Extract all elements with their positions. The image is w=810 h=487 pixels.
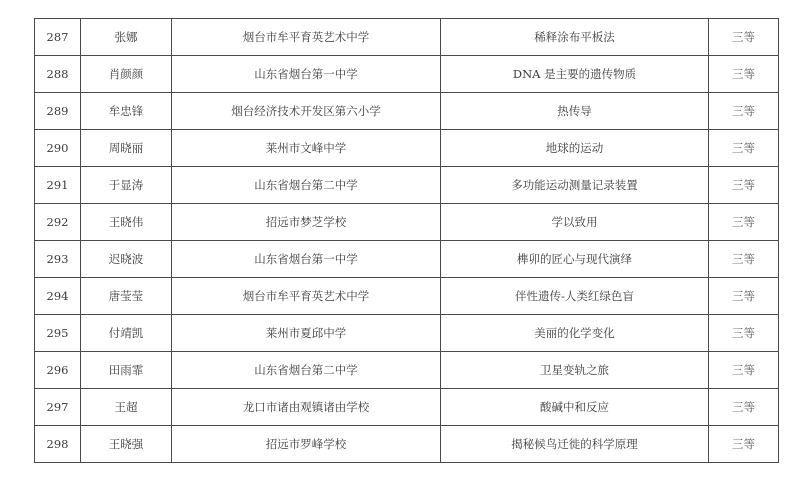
cell-award: 三等: [709, 426, 779, 463]
table-row: 292 王晓伟 招远市梦芝学校 学以致用 三等: [35, 204, 779, 241]
cell-number: 288: [35, 56, 81, 93]
table-row: 288 肖颜颜 山东省烟台第一中学 DNA 是主要的遗传物质 三等: [35, 56, 779, 93]
cell-title: 卫星变轨之旅: [441, 352, 709, 389]
cell-school: 烟台市牟平育英艺术中学: [172, 278, 441, 315]
cell-number: 295: [35, 315, 81, 352]
cell-number: 289: [35, 93, 81, 130]
cell-school: 莱州市夏邱中学: [172, 315, 441, 352]
table-row: 298 王晓强 招远市罗峰学校 揭秘候鸟迁徙的科学原理 三等: [35, 426, 779, 463]
cell-title: 地球的运动: [441, 130, 709, 167]
table-row: 296 田雨霏 山东省烟台第二中学 卫星变轨之旅 三等: [35, 352, 779, 389]
table-row: 289 牟忠锋 烟台经济技术开发区第六小学 热传导 三等: [35, 93, 779, 130]
cell-title: 稀释涂布平板法: [441, 19, 709, 56]
cell-name: 田雨霏: [81, 352, 172, 389]
table-row: 297 王超 龙口市诸由观镇诸由学校 酸碱中和反应 三等: [35, 389, 779, 426]
award-list-body: 287 张娜 烟台市牟平育英艺术中学 稀释涂布平板法 三等 288 肖颜颜 山东…: [35, 19, 779, 463]
cell-school: 山东省烟台第二中学: [172, 352, 441, 389]
cell-name: 王超: [81, 389, 172, 426]
cell-number: 290: [35, 130, 81, 167]
cell-award: 三等: [709, 204, 779, 241]
table-row: 287 张娜 烟台市牟平育英艺术中学 稀释涂布平板法 三等: [35, 19, 779, 56]
cell-number: 298: [35, 426, 81, 463]
table-row: 293 迟晓波 山东省烟台第一中学 榫卯的匠心与现代演绎 三等: [35, 241, 779, 278]
cell-award: 三等: [709, 130, 779, 167]
cell-title: 美丽的化学变化: [441, 315, 709, 352]
cell-title: 伴性遗传-人类红绿色盲: [441, 278, 709, 315]
cell-award: 三等: [709, 167, 779, 204]
cell-number: 294: [35, 278, 81, 315]
cell-award: 三等: [709, 389, 779, 426]
cell-number: 287: [35, 19, 81, 56]
cell-title: 榫卯的匠心与现代演绎: [441, 241, 709, 278]
cell-title: DNA 是主要的遗传物质: [441, 56, 709, 93]
table-row: 295 付靖凯 莱州市夏邱中学 美丽的化学变化 三等: [35, 315, 779, 352]
cell-title: 学以致用: [441, 204, 709, 241]
cell-title: 酸碱中和反应: [441, 389, 709, 426]
cell-name: 周晓丽: [81, 130, 172, 167]
cell-name: 唐莹莹: [81, 278, 172, 315]
cell-award: 三等: [709, 352, 779, 389]
table-row: 290 周晓丽 莱州市文峰中学 地球的运动 三等: [35, 130, 779, 167]
cell-number: 291: [35, 167, 81, 204]
cell-number: 297: [35, 389, 81, 426]
table-row: 291 于显涛 山东省烟台第二中学 多功能运动测量记录装置 三等: [35, 167, 779, 204]
cell-award: 三等: [709, 56, 779, 93]
cell-name: 付靖凯: [81, 315, 172, 352]
cell-school: 烟台市牟平育英艺术中学: [172, 19, 441, 56]
cell-school: 莱州市文峰中学: [172, 130, 441, 167]
cell-award: 三等: [709, 19, 779, 56]
cell-name: 肖颜颜: [81, 56, 172, 93]
cell-award: 三等: [709, 241, 779, 278]
cell-school: 山东省烟台第一中学: [172, 56, 441, 93]
cell-name: 迟晓波: [81, 241, 172, 278]
cell-award: 三等: [709, 315, 779, 352]
cell-name: 王晓伟: [81, 204, 172, 241]
cell-school: 招远市罗峰学校: [172, 426, 441, 463]
cell-school: 龙口市诸由观镇诸由学校: [172, 389, 441, 426]
cell-award: 三等: [709, 93, 779, 130]
cell-number: 292: [35, 204, 81, 241]
table-row: 294 唐莹莹 烟台市牟平育英艺术中学 伴性遗传-人类红绿色盲 三等: [35, 278, 779, 315]
cell-award: 三等: [709, 278, 779, 315]
cell-name: 牟忠锋: [81, 93, 172, 130]
award-list-table: 287 张娜 烟台市牟平育英艺术中学 稀释涂布平板法 三等 288 肖颜颜 山东…: [34, 18, 779, 463]
cell-school: 招远市梦芝学校: [172, 204, 441, 241]
cell-school: 山东省烟台第一中学: [172, 241, 441, 278]
cell-name: 王晓强: [81, 426, 172, 463]
cell-number: 293: [35, 241, 81, 278]
cell-title: 揭秘候鸟迁徙的科学原理: [441, 426, 709, 463]
cell-title: 多功能运动测量记录装置: [441, 167, 709, 204]
cell-title: 热传导: [441, 93, 709, 130]
cell-name: 于显涛: [81, 167, 172, 204]
cell-number: 296: [35, 352, 81, 389]
cell-school: 山东省烟台第二中学: [172, 167, 441, 204]
cell-name: 张娜: [81, 19, 172, 56]
cell-school: 烟台经济技术开发区第六小学: [172, 93, 441, 130]
